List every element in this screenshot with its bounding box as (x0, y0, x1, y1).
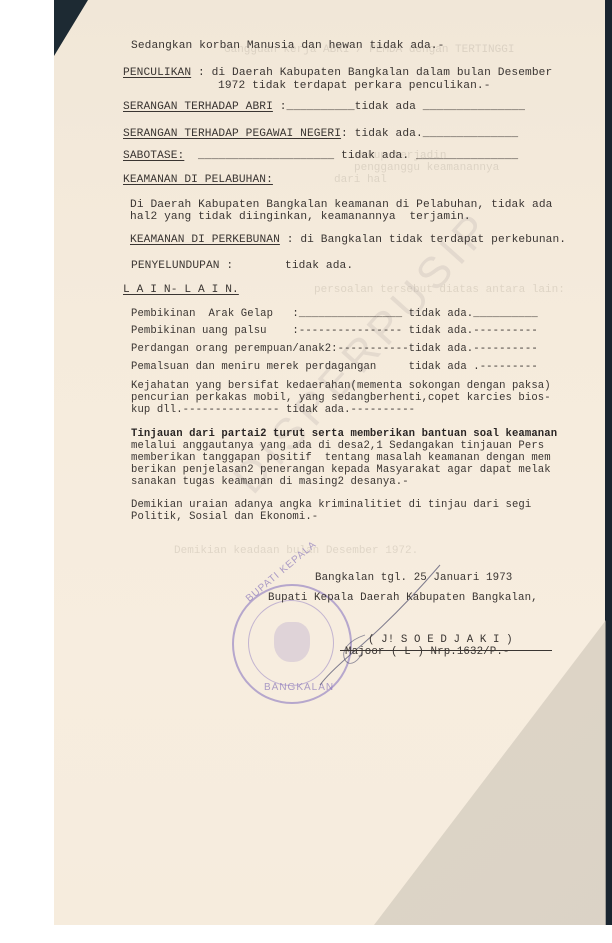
penyelundupan-text: tidak ada. (285, 260, 353, 272)
sabotase-text: ____________________ tidak ada. ________… (184, 150, 518, 162)
keamanan-perkebunan-label: KEAMANAN DI PERKEBUNAN (130, 234, 280, 246)
demikian-line-1: Demikian uraian adanya angka kriminaliti… (131, 499, 531, 511)
keamanan-pelabuhan-heading: KEAMANAN DI PELABUHAN: (123, 174, 273, 186)
serangan-pegawai-label: SERANGAN TERHADAP PEGAWAI NEGERI (123, 128, 341, 140)
tinjauan-line-2: melalui anggautanya yang ada di desa2,1 … (131, 440, 544, 452)
kejahatan-line-2: pencurian perkakas mobil, yang sedangber… (131, 392, 551, 404)
lain-lain-heading: L A I N- L A I N. (123, 284, 239, 296)
penyelundupan-label: PENYELUNDUPAN : (131, 260, 233, 272)
lain-lain-label: L A I N- L A I N. (123, 284, 239, 296)
lain-lain-item: Pembikinan uang palsu :---------------- … (131, 325, 538, 337)
scan-background-edge (605, 0, 612, 925)
penculikan-row: PENCULIKAN : di Daerah Kabupaten Bangkal… (123, 67, 552, 79)
penculikan-text: : di Daerah Kabupaten Bangkalan dalam bu… (191, 67, 552, 79)
kejahatan-line-1: Kejahatan yang bersifat kedaerahan(memen… (131, 380, 551, 392)
lain-lain-item: Perdangan orang perempuan/anak2:--------… (131, 343, 538, 355)
penculikan-label: PENCULIKAN (123, 67, 191, 79)
keamanan-pelabuhan-label: KEAMANAN DI PELABUHAN: (123, 174, 273, 186)
tinjauan-line-1: Tinjauan dari partai2 turut serta member… (131, 428, 557, 440)
sabotase-row: SABOTASE: ____________________ tidak ada… (123, 150, 518, 162)
serangan-abri-text: :__________tidak ada _______________ (273, 101, 525, 113)
lain-lain-item: Pemalsuan dan meniru merek perdagangan t… (131, 361, 538, 373)
keamanan-perkebunan-row: KEAMANAN DI PERKEBUNAN : di Bangkalan ti… (130, 234, 566, 246)
tinjauan-line-5: sanakan tugas keamanan di masing2 desany… (131, 476, 409, 488)
signatory-rank: Majoor ( L ) Nrp.1632/P.- (345, 646, 509, 658)
serangan-pegawai-text: : tidak ada.______________ (341, 128, 518, 140)
serangan-abri-row: SERANGAN TERHADAP ABRI :__________tidak … (123, 101, 525, 113)
sabotase-label: SABOTASE: (123, 150, 184, 162)
place-date: Bangkalan tgl. 25 Januari 1973 (315, 572, 512, 584)
keamanan-perkebunan-text: : di Bangkalan tidak terdapat perkebunan… (280, 234, 566, 246)
intro-line: Sedangkan korban Manusia dan hewan tidak… (131, 40, 444, 52)
signatory-name: ( J! S O E D J A K I ) (368, 634, 513, 646)
signatory-office: Bupati Kepala Daerah Kabupaten Bangkalan… (268, 592, 538, 604)
kejahatan-line-3: kup dll.--------------- tidak ada.------… (131, 404, 415, 416)
keamanan-pelabuhan-line-2: hal2 yang tidak diinginkan, keamanannya … (130, 211, 471, 223)
tinjauan-line-4: berikan penjelasan2 penerangan kepada Ma… (131, 464, 551, 476)
serangan-abri-label: SERANGAN TERHADAP ABRI (123, 101, 273, 113)
penculikan-row-2: 1972 tidak terdapat perkara penculikan.- (218, 80, 491, 92)
demikian-line-2: Politik, Sosial dan Ekonomi.- (131, 511, 318, 523)
keamanan-pelabuhan-line-1: Di Daerah Kabupaten Bangkalan keamanan d… (130, 199, 552, 211)
lain-lain-item: Pembikinan Arak Gelap :________________ … (131, 308, 538, 320)
serangan-pegawai-row: SERANGAN TERHADAP PEGAWAI NEGERI: tidak … (123, 128, 518, 140)
tinjauan-line-3: memberikan tanggapan positif tentang mas… (131, 452, 551, 464)
